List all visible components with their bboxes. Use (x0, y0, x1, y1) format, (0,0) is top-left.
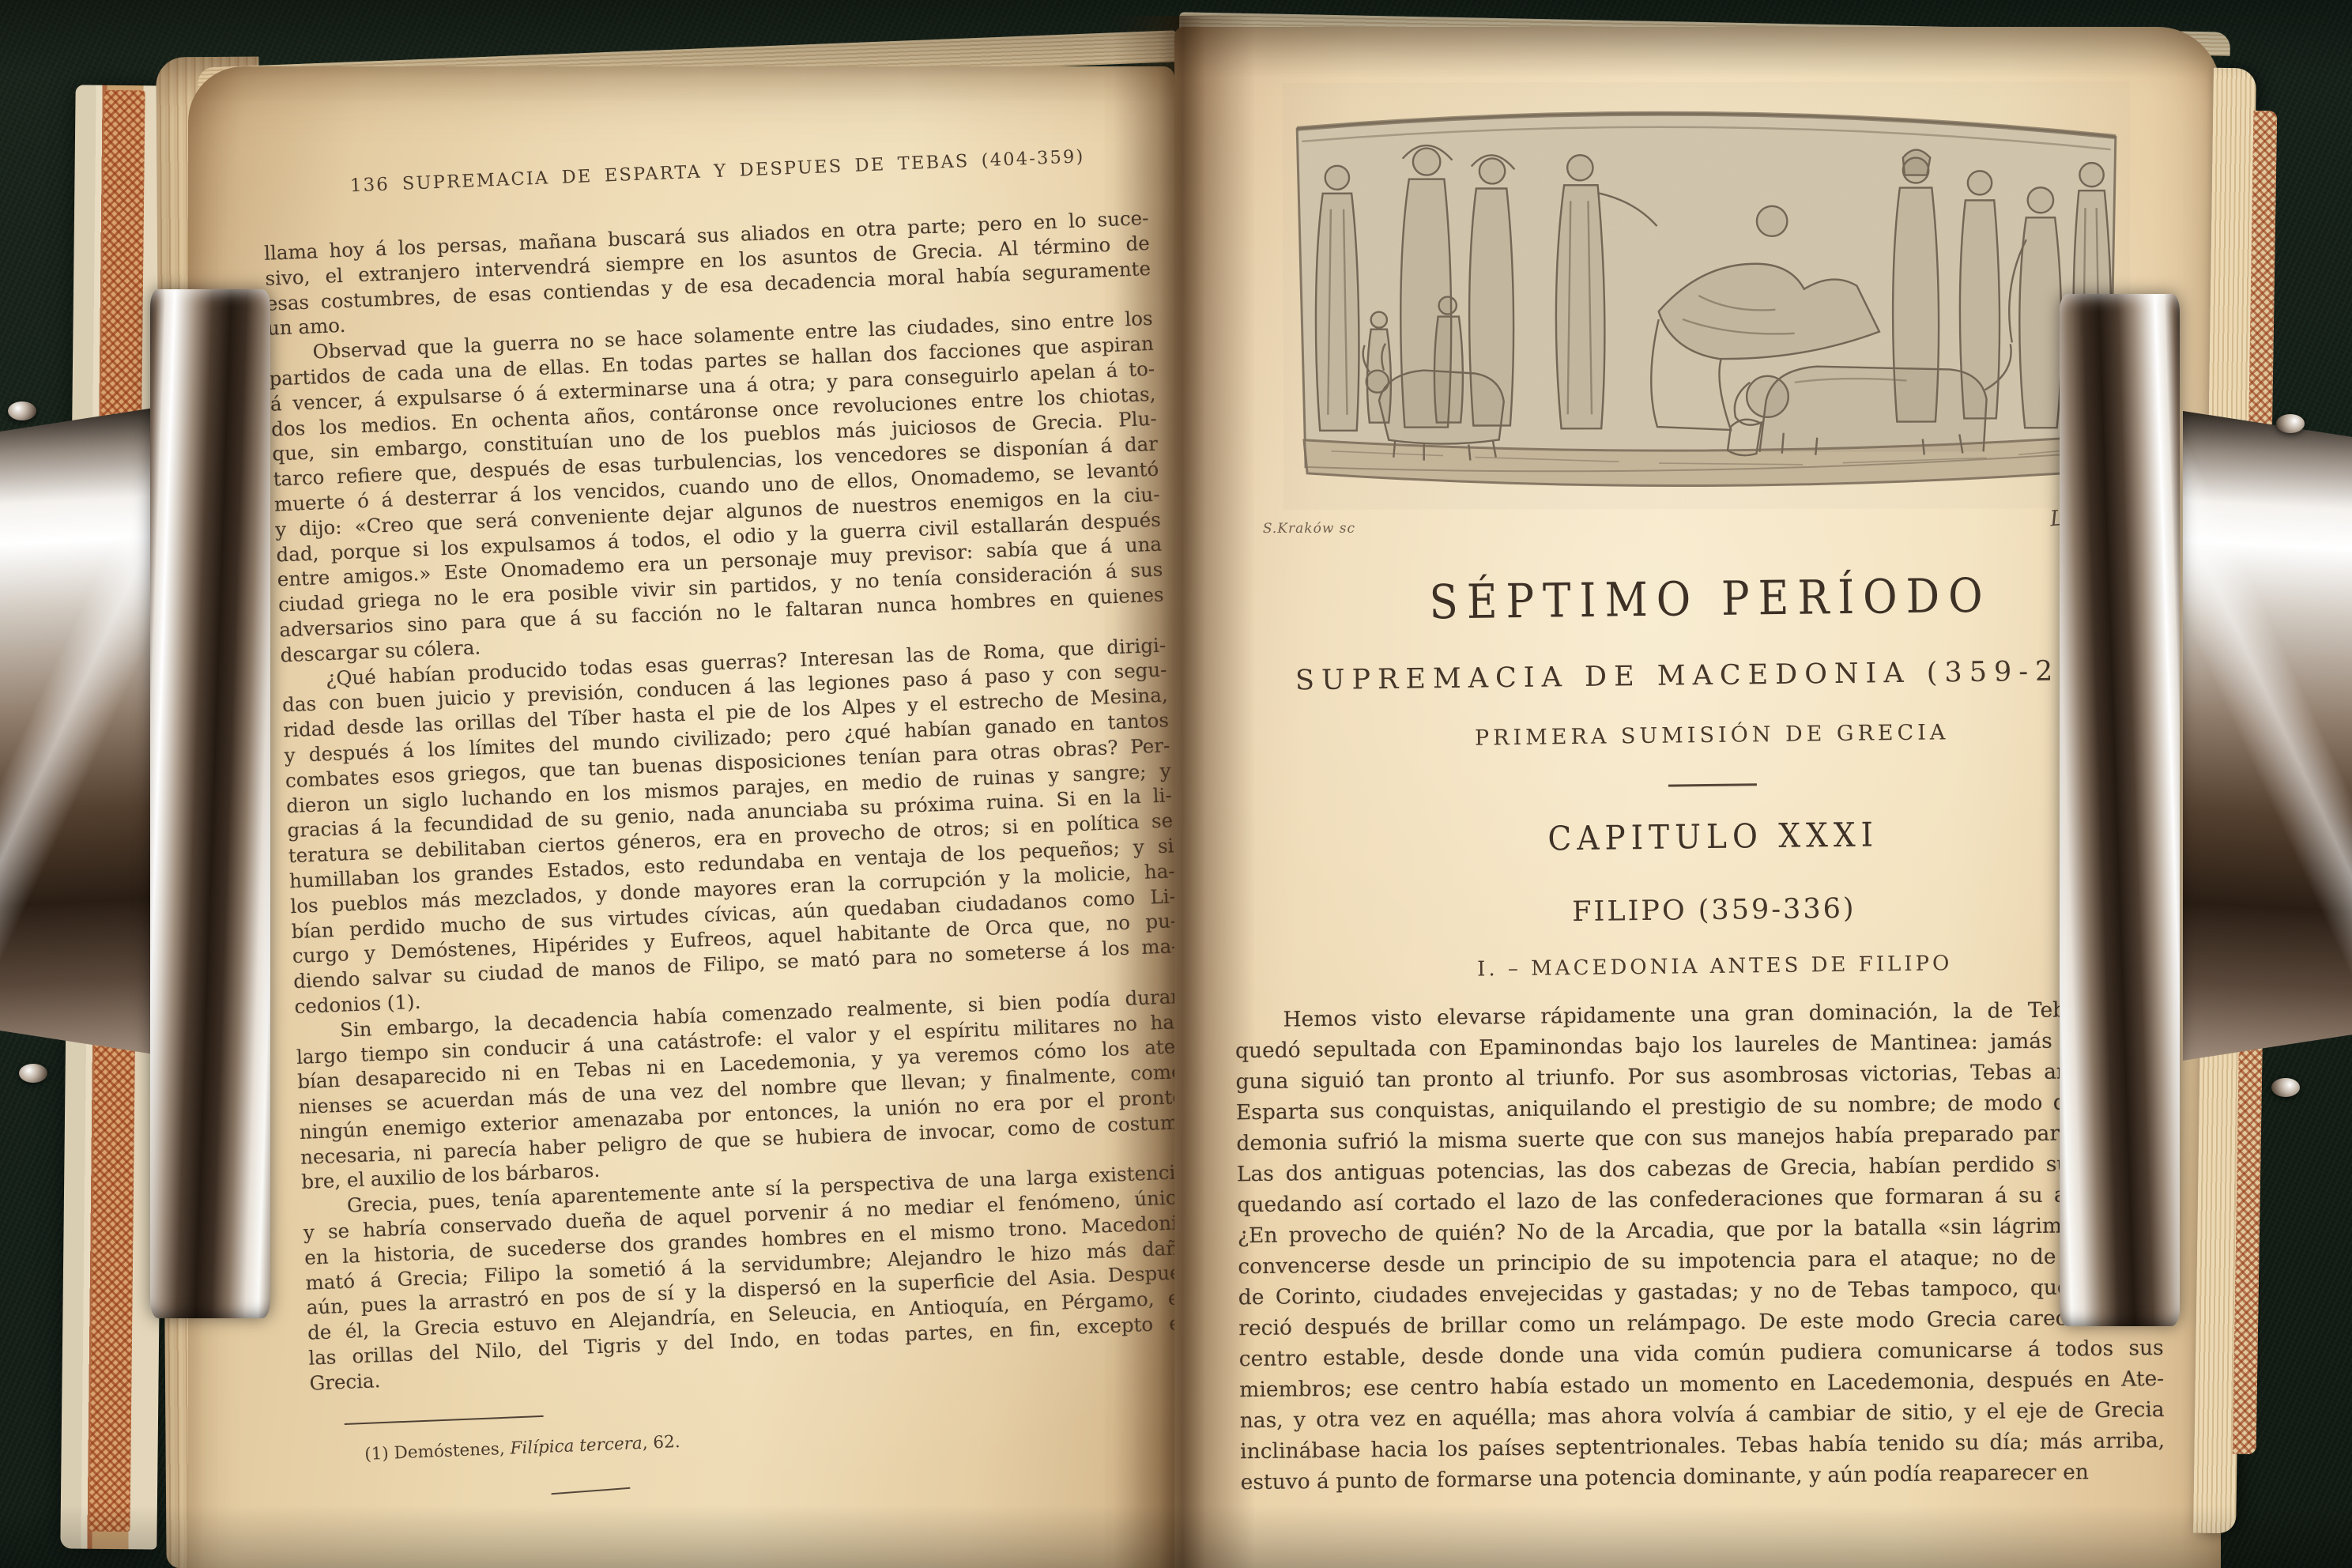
clamp-screw (8, 401, 36, 420)
paragraph: Hemos visto elevarse rápidamente una gra… (1234, 993, 2165, 1498)
title-divider-rule (1668, 783, 1757, 786)
body-text-left: llama hoy á los persas, mañana buscará s… (264, 205, 1195, 1396)
book-photograph: 136 SUPREMACIA DE ESPARTA Y DESPUES DE T… (0, 0, 2352, 1568)
clamp-screw (2276, 414, 2305, 433)
clamp-arm-left (0, 406, 164, 1056)
body-text-right: Hemos visto elevarse rápidamente una gra… (1234, 993, 2165, 1498)
clamp-bar-left (150, 289, 270, 1318)
section-subtitle: PRIMERA SUMISIÓN DE GRECIA (1222, 717, 2202, 753)
footnote-separator-rule (345, 1415, 544, 1425)
clamp-arm-right (2183, 411, 2352, 1061)
footnote-text: (1) Demóstenes, (364, 1438, 511, 1464)
book-gutter-shadow (1113, 16, 1255, 1568)
section-heading: I. – MACEDONIA ANTES DE FILIPO (1225, 948, 2205, 984)
footnote-italic-title: Filípica tercera (510, 1434, 643, 1459)
period-title: SÉPTIMO PERÍODO (1220, 567, 2201, 632)
paragraph: Grecia, pues, tenía aparentemente ante s… (302, 1159, 1194, 1396)
book-clamp-right (2060, 294, 2352, 1326)
chapter-title: CAPITULO XXXI (1223, 812, 2203, 863)
engraving-image (1283, 81, 2131, 510)
running-header-left: 136 SUPREMACIA DE ESPARTA Y DESPUES DE T… (262, 144, 1155, 206)
page-left-text-area: 136 SUPREMACIA DE ESPARTA Y DESPUES DE T… (262, 144, 1207, 1503)
book-clamp-left (0, 289, 270, 1318)
chapter-subtitle: FILIPO (359-336) (1224, 888, 2204, 932)
clamp-bar-right (2060, 294, 2180, 1326)
period-subtitle: SUPREMACIA DE MACEDONIA (359-272) (1221, 654, 2201, 697)
page-left: 136 SUPREMACIA DE ESPARTA Y DESPUES DE T… (188, 66, 1174, 1568)
section-end-rule (551, 1487, 630, 1494)
relief-engraving-illustration: S.Kraków sc L. S. (1283, 81, 2131, 510)
page-number: 136 (349, 174, 390, 196)
running-header-text: SUPREMACIA DE ESPARTA Y DESPUES DE TEBAS… (401, 146, 1085, 194)
paragraph: Observad que la guerra no se hace solame… (268, 306, 1166, 668)
paragraph: ¿Qué habían producido todas esas guerras… (281, 632, 1179, 1020)
engraver-signature-left: S.Kraków sc (1263, 521, 1355, 537)
clamp-screw (19, 1064, 47, 1083)
clamp-screw (2271, 1078, 2300, 1097)
paragraph: Sin embargo, la decadencia había comenza… (295, 984, 1186, 1195)
footnote-suffix: , 62. (642, 1432, 680, 1453)
